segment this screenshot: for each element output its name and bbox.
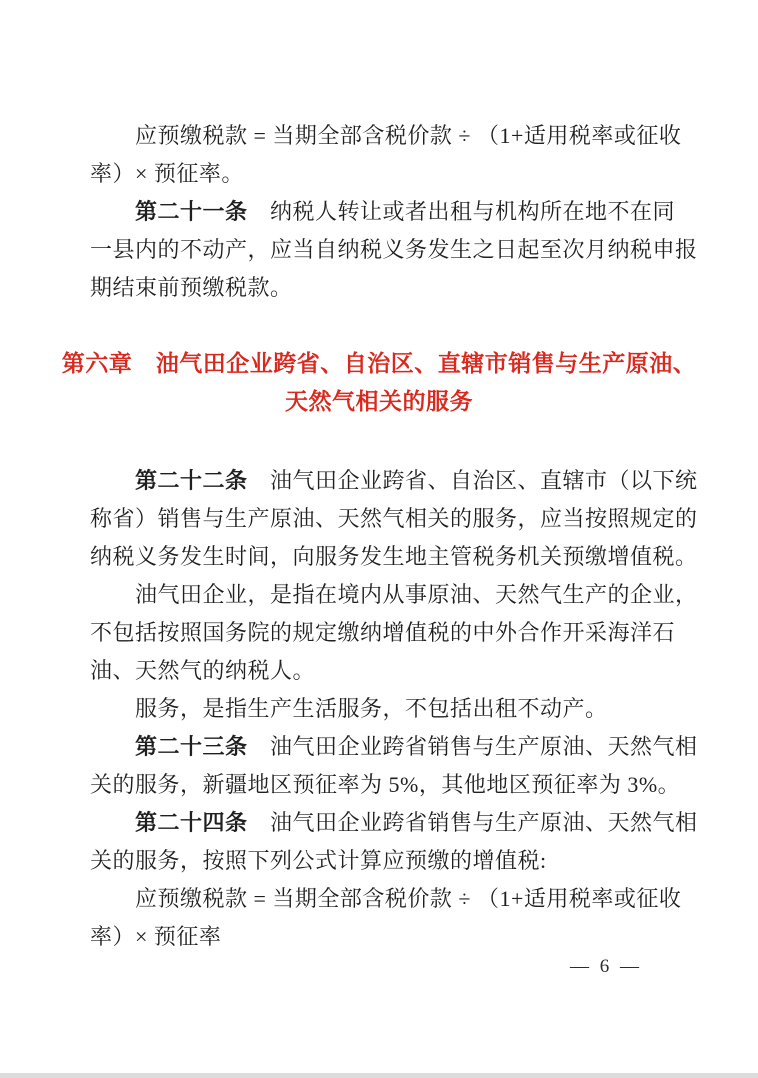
text-segment: 服务，是指生产生活服务，不包括出租不动产。 xyxy=(135,696,608,721)
text-line: 不包括按照国务院的规定缴纳增值税的中外合作开采海洋石 xyxy=(90,614,720,652)
text-line: 率）× 预征率。 xyxy=(90,155,720,193)
page-number: — 6 — xyxy=(570,956,642,978)
text-segment: 率）× 预征率。 xyxy=(90,161,244,186)
text-segment: 纳税人转让或者出租与机构所在地不在同 xyxy=(248,199,676,224)
scan-edge-bottom xyxy=(0,1073,758,1078)
text-line: 关的服务，新疆地区预征率为 5%，其他地区预征率为 3%。 xyxy=(90,766,720,804)
article-number: 第二十三条 xyxy=(135,734,248,759)
text-segment: 纳税义务发生时间，向服务发生地主管税务机关预缴增值税。 xyxy=(90,544,698,569)
document-page: 应预缴税款 = 当期全部含税价款 ÷ （1+适用税率或征收率）× 预征率。第二十… xyxy=(0,0,758,1078)
text-segment: 油、天然气的纳税人。 xyxy=(90,658,315,683)
text-line: 第二十四条 油气田企业跨省销售与生产原油、天然气相 xyxy=(90,804,720,842)
text-segment: 油气田企业跨省、自治区、直辖市（以下统 xyxy=(248,468,698,493)
text-segment: 应预缴税款 = 当期全部含税价款 ÷ （1+适用税率或征收 xyxy=(135,886,681,911)
text-line: 服务，是指生产生活服务，不包括出租不动产。 xyxy=(90,690,720,728)
text-segment: 率）× 预征率 xyxy=(90,924,221,949)
chapter-heading-line: 第六章 油气田企业跨省、自治区、直辖市销售与生产原油、 xyxy=(0,344,758,382)
article-number: 第二十四条 xyxy=(135,810,248,835)
text-line: 应预缴税款 = 当期全部含税价款 ÷ （1+适用税率或征收 xyxy=(90,880,720,918)
text-segment: 关的服务，新疆地区预征率为 5%，其他地区预征率为 3%。 xyxy=(90,772,680,797)
chapter-heading-line: 天然气相关的服务 xyxy=(0,382,758,420)
text-line: 应预缴税款 = 当期全部含税价款 ÷ （1+适用税率或征收 xyxy=(90,117,720,155)
text-line: 一县内的不动产，应当自纳税义务发生之日起至次月纳税申报 xyxy=(90,231,720,269)
text-segment: 一县内的不动产，应当自纳税义务发生之日起至次月纳税申报 xyxy=(90,237,698,262)
text-line: 期结束前预缴税款。 xyxy=(90,269,720,307)
text-segment: 油气田企业，是指在境内从事原油、天然气生产的企业， xyxy=(135,582,698,607)
text-segment: 油气田企业跨省销售与生产原油、天然气相 xyxy=(248,810,698,835)
text-line: 第二十一条 纳税人转让或者出租与机构所在地不在同 xyxy=(90,193,720,231)
text-line: 油、天然气的纳税人。 xyxy=(90,652,720,690)
text-segment: 第六章 油气田企业跨省、自治区、直辖市销售与生产原油、 xyxy=(62,350,697,376)
text-segment: 不包括按照国务院的规定缴纳增值税的中外合作开采海洋石 xyxy=(90,620,675,645)
text-segment: 期结束前预缴税款。 xyxy=(90,275,293,300)
text-line: 第二十三条 油气田企业跨省销售与生产原油、天然气相 xyxy=(90,728,720,766)
text-line: 纳税义务发生时间，向服务发生地主管税务机关预缴增值税。 xyxy=(90,538,720,576)
text-segment: 称省）销售与生产原油、天然气相关的服务，应当按照规定的 xyxy=(90,506,698,531)
text-segment: 应预缴税款 = 当期全部含税价款 ÷ （1+适用税率或征收 xyxy=(135,123,681,148)
text-line: 率）× 预征率 xyxy=(90,918,720,956)
text-segment: 关的服务，按照下列公式计算应预缴的增值税: xyxy=(90,848,547,873)
article-number: 第二十一条 xyxy=(135,199,248,224)
text-line: 第二十二条 油气田企业跨省、自治区、直辖市（以下统 xyxy=(90,462,720,500)
text-segment: 天然气相关的服务 xyxy=(285,388,473,414)
text-line: 称省）销售与生产原油、天然气相关的服务，应当按照规定的 xyxy=(90,500,720,538)
article-number: 第二十二条 xyxy=(135,468,248,493)
text-segment: 油气田企业跨省销售与生产原油、天然气相 xyxy=(248,734,698,759)
text-line: 油气田企业，是指在境内从事原油、天然气生产的企业， xyxy=(90,576,720,614)
document-body: 应预缴税款 = 当期全部含税价款 ÷ （1+适用税率或征收率）× 预征率。第二十… xyxy=(90,117,720,956)
text-line: 关的服务，按照下列公式计算应预缴的增值税: xyxy=(90,842,720,880)
